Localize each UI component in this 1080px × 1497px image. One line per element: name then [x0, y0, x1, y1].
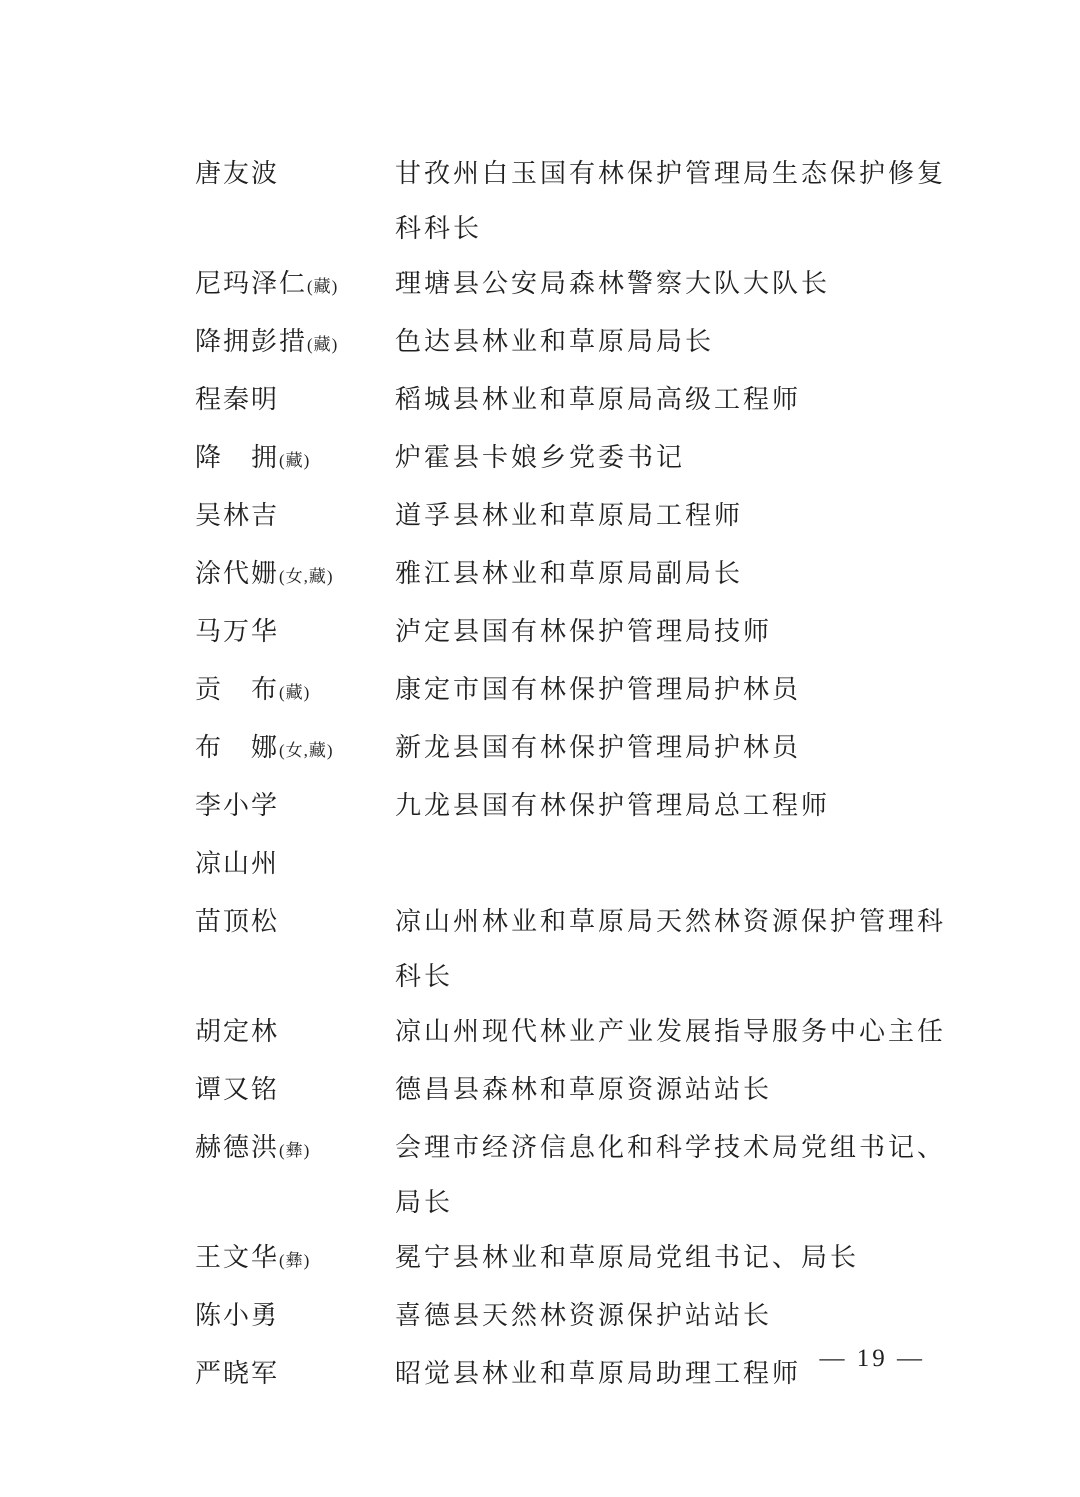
ethnic-gender-note: (藏) [307, 335, 338, 354]
ethnic-gender-note: (藏) [279, 451, 310, 470]
person-name: 唐友波 [195, 159, 279, 188]
person-name: 赫德洪 [195, 1133, 279, 1162]
person-name-cell: 凉山州 [195, 836, 395, 894]
person-name-cell: 胡定林 [195, 1004, 395, 1062]
person-name: 李小学 [195, 791, 279, 820]
position-title: 理塘县公安局森林警察大队大队长 [395, 256, 952, 311]
person-name-cell: 降 拥(藏) [195, 430, 395, 488]
position-title: 稻城县林业和草原局高级工程师 [395, 372, 952, 427]
position-title: 康定市国有林保护管理局护林员 [395, 662, 952, 717]
ethnic-gender-note: (藏) [279, 683, 310, 702]
person-name-cell: 唐友波 [195, 146, 395, 204]
list-row: 降拥彭措(藏) 色达县林业和草原局局长 [195, 314, 957, 372]
position-title: 雅江县林业和草原局副局长 [395, 546, 952, 601]
list-row: 苗顶松 凉山州林业和草原局天然林资源保护管理科科长 [195, 894, 957, 1004]
person-name: 降拥彭措 [195, 327, 307, 356]
list-row: 赫德洪(彝) 会理市经济信息化和科学技术局党组书记、局长 [195, 1120, 957, 1230]
list-row: 涂代姗(女,藏) 雅江县林业和草原局副局长 [195, 546, 957, 604]
person-name-cell: 贡 布(藏) [195, 662, 395, 720]
person-name-cell: 布 娜(女,藏) [195, 720, 395, 778]
ethnic-gender-note: (藏) [307, 277, 338, 296]
position-title: 会理市经济信息化和科学技术局党组书记、局长 [395, 1120, 952, 1230]
position-title: 凉山州现代林业产业发展指导服务中心主任 [395, 1004, 952, 1059]
list-row: 程秦明 稻城县林业和草原局高级工程师 [195, 372, 957, 430]
position-title: 喜德县天然林资源保护站站长 [395, 1288, 952, 1343]
list-row: 王文华(彝) 冕宁县林业和草原局党组书记、局长 [195, 1230, 957, 1288]
list-row: 谭又铭 德昌县森林和草原资源站站长 [195, 1062, 957, 1120]
person-name: 布 娜 [195, 733, 279, 762]
person-name: 涂代姗 [195, 559, 279, 588]
person-name-cell: 马万华 [195, 604, 395, 662]
position-title: 泸定县国有林保护管理局技师 [395, 604, 952, 659]
position-title: 新龙县国有林保护管理局护林员 [395, 720, 952, 775]
position-title: 德昌县森林和草原资源站站长 [395, 1062, 952, 1117]
list-row: 凉山州 [195, 836, 957, 894]
list-row: 尼玛泽仁(藏) 理塘县公安局森林警察大队大队长 [195, 256, 957, 314]
position-title: 冕宁县林业和草原局党组书记、局长 [395, 1230, 952, 1285]
person-name: 降 拥 [195, 443, 279, 472]
position-title: 色达县林业和草原局局长 [395, 314, 952, 369]
person-name: 贡 布 [195, 675, 279, 704]
list-row: 胡定林 凉山州现代林业产业发展指导服务中心主任 [195, 1004, 957, 1062]
list-row: 吴林吉 道孚县林业和草原局工程师 [195, 488, 957, 546]
list-row: 马万华 泸定县国有林保护管理局技师 [195, 604, 957, 662]
person-name-cell: 降拥彭措(藏) [195, 314, 395, 372]
ethnic-gender-note: (彝) [279, 1251, 310, 1270]
award-list: 唐友波 甘孜州白玉国有林保护管理局生态保护修复科科长 尼玛泽仁(藏) 理塘县公安… [195, 146, 957, 1404]
page-number: — 19 — [820, 1345, 926, 1373]
person-name-cell: 吴林吉 [195, 488, 395, 546]
document-page: 唐友波 甘孜州白玉国有林保护管理局生态保护修复科科长 尼玛泽仁(藏) 理塘县公安… [0, 0, 1080, 1497]
person-name: 马万华 [195, 617, 279, 646]
person-name: 凉山州 [195, 849, 279, 878]
person-name: 陈小勇 [195, 1301, 279, 1330]
person-name-cell: 尼玛泽仁(藏) [195, 256, 395, 314]
person-name-cell: 李小学 [195, 778, 395, 836]
person-name-cell: 赫德洪(彝) [195, 1120, 395, 1178]
person-name: 胡定林 [195, 1017, 279, 1046]
person-name: 严晓军 [195, 1359, 279, 1388]
list-row: 陈小勇 喜德县天然林资源保护站站长 [195, 1288, 957, 1346]
position-title: 炉霍县卡娘乡党委书记 [395, 430, 952, 485]
person-name-cell: 程秦明 [195, 372, 395, 430]
person-name: 尼玛泽仁 [195, 269, 307, 298]
position-title: 道孚县林业和草原局工程师 [395, 488, 952, 543]
list-row: 李小学 九龙县国有林保护管理局总工程师 [195, 778, 957, 836]
person-name-cell: 苗顶松 [195, 894, 395, 952]
person-name-cell: 谭又铭 [195, 1062, 395, 1120]
position-title: 九龙县国有林保护管理局总工程师 [395, 778, 952, 833]
person-name: 谭又铭 [195, 1075, 279, 1104]
person-name-cell: 严晓军 [195, 1346, 395, 1404]
position-title: 凉山州林业和草原局天然林资源保护管理科科长 [395, 894, 952, 1004]
ethnic-gender-note: (女,藏) [279, 741, 334, 760]
person-name: 吴林吉 [195, 501, 279, 530]
ethnic-gender-note: (女,藏) [279, 567, 334, 586]
ethnic-gender-note: (彝) [279, 1141, 310, 1160]
position-title: 甘孜州白玉国有林保护管理局生态保护修复科科长 [395, 146, 952, 256]
list-row: 唐友波 甘孜州白玉国有林保护管理局生态保护修复科科长 [195, 146, 957, 256]
person-name: 程秦明 [195, 385, 279, 414]
person-name-cell: 涂代姗(女,藏) [195, 546, 395, 604]
person-name: 苗顶松 [195, 907, 279, 936]
list-row: 降 拥(藏) 炉霍县卡娘乡党委书记 [195, 430, 957, 488]
person-name: 王文华 [195, 1243, 279, 1272]
list-row: 布 娜(女,藏) 新龙县国有林保护管理局护林员 [195, 720, 957, 778]
list-row: 贡 布(藏) 康定市国有林保护管理局护林员 [195, 662, 957, 720]
person-name-cell: 陈小勇 [195, 1288, 395, 1346]
person-name-cell: 王文华(彝) [195, 1230, 395, 1288]
